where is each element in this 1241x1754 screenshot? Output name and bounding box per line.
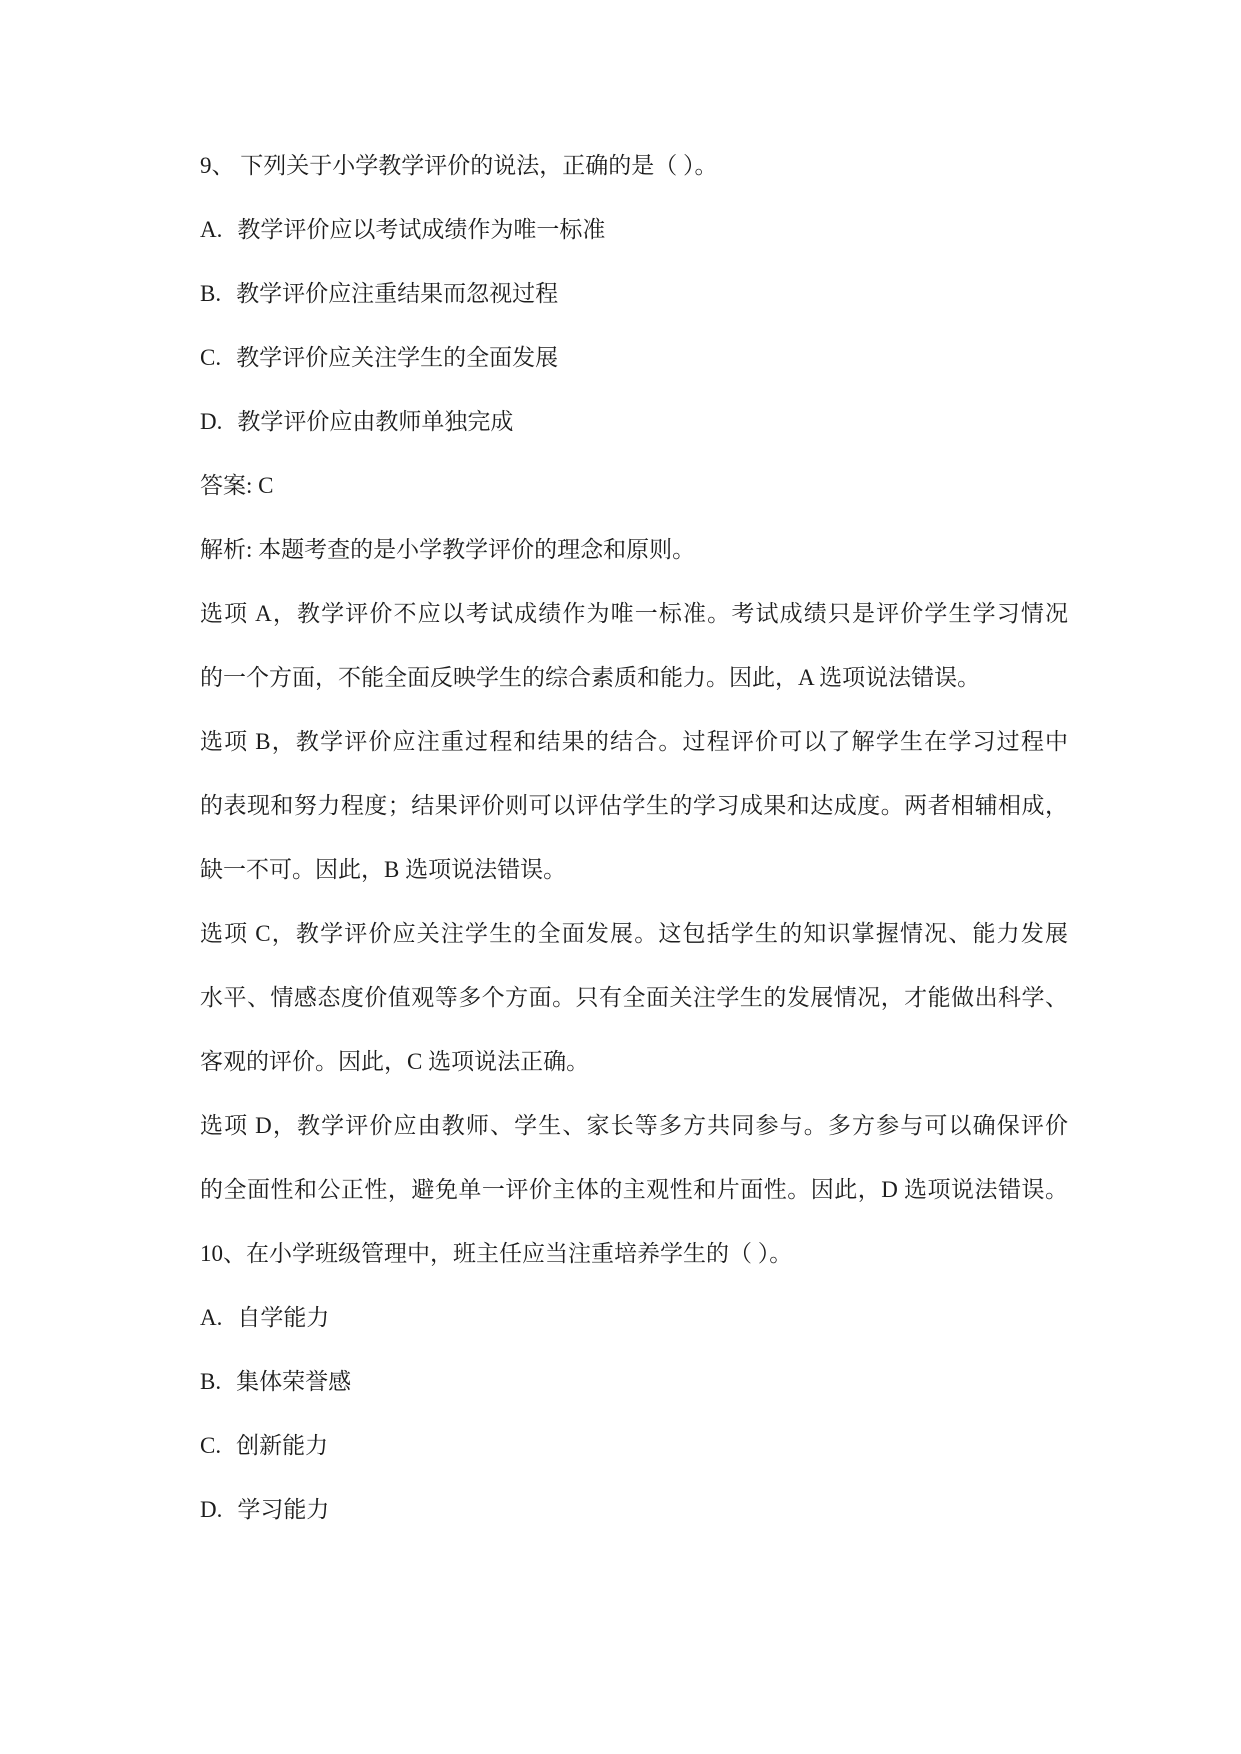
- option-text: 自学能力: [237, 1305, 329, 1330]
- question-9-option-a: A.教学评价应以考试成绩作为唯一标准: [200, 198, 1068, 262]
- option-label: A.: [200, 1286, 222, 1350]
- option-label: C.: [200, 326, 221, 390]
- option-text: 教学评价应由教师单独完成: [237, 409, 513, 434]
- option-label: A.: [200, 198, 222, 262]
- question-10-option-b: B.集体荣誉感: [200, 1350, 1068, 1414]
- analysis-option-b-line-3: 缺一不可。因此，B 选项说法错误。: [200, 838, 1068, 902]
- question-10-option-d: D.学习能力: [200, 1478, 1068, 1542]
- analysis-option-a-line-2: 的一个方面，不能全面反映学生的综合素质和能力。因此，A 选项说法错误。: [200, 646, 1068, 710]
- question-10-option-c: C.创新能力: [200, 1414, 1068, 1478]
- option-label: B.: [200, 262, 221, 326]
- analysis-option-b-line-2: 的表现和努力程度；结果评价则可以评估学生的学习成果和达成度。两者相辅相成，: [200, 774, 1068, 838]
- question-9-stem: 9、 下列关于小学教学评价的说法，正确的是（ ）。: [200, 134, 1068, 198]
- analysis-option-d-line-1: 选项 D，教学评价应由教师、学生、家长等多方共同参与。多方参与可以确保评价: [200, 1094, 1068, 1158]
- option-label: D.: [200, 1478, 222, 1542]
- analysis-option-b-line-1: 选项 B，教学评价应注重过程和结果的结合。过程评价可以了解学生在学习过程中: [200, 710, 1068, 774]
- document-page: 9、 下列关于小学教学评价的说法，正确的是（ ）。 A.教学评价应以考试成绩作为…: [0, 0, 1241, 1754]
- option-text: 集体荣誉感: [236, 1369, 351, 1394]
- analysis-option-c-line-3: 客观的评价。因此，C 选项说法正确。: [200, 1030, 1068, 1094]
- option-label: C.: [200, 1414, 221, 1478]
- question-9-option-c: C.教学评价应关注学生的全面发展: [200, 326, 1068, 390]
- question-9-option-b: B.教学评价应注重结果而忽视过程: [200, 262, 1068, 326]
- analysis-option-c-line-2: 水平、情感态度价值观等多个方面。只有全面关注学生的发展情况，才能做出科学、: [200, 966, 1068, 1030]
- option-text: 教学评价应关注学生的全面发展: [236, 345, 558, 370]
- analysis-intro: 解析: 本题考查的是小学教学评价的理念和原则。: [200, 518, 1068, 582]
- option-label: D.: [200, 390, 222, 454]
- question-9-answer: 答案: C: [200, 454, 1068, 518]
- analysis-option-d-line-2: 的全面性和公正性，避免单一评价主体的主观性和片面性。因此，D 选项说法错误。: [200, 1158, 1068, 1222]
- option-text: 教学评价应注重结果而忽视过程: [236, 281, 558, 306]
- question-10-stem: 10、在小学班级管理中，班主任应当注重培养学生的（ ）。: [200, 1222, 1068, 1286]
- analysis-option-c-line-1: 选项 C，教学评价应关注学生的全面发展。这包括学生的知识掌握情况、能力发展: [200, 902, 1068, 966]
- question-9-option-d: D.教学评价应由教师单独完成: [200, 390, 1068, 454]
- option-text: 教学评价应以考试成绩作为唯一标准: [237, 217, 605, 242]
- option-text: 创新能力: [236, 1433, 328, 1458]
- analysis-option-a-line-1: 选项 A，教学评价不应以考试成绩作为唯一标准。考试成绩只是评价学生学习情况: [200, 582, 1068, 646]
- option-text: 学习能力: [237, 1497, 329, 1522]
- option-label: B.: [200, 1350, 221, 1414]
- question-10-option-a: A.自学能力: [200, 1286, 1068, 1350]
